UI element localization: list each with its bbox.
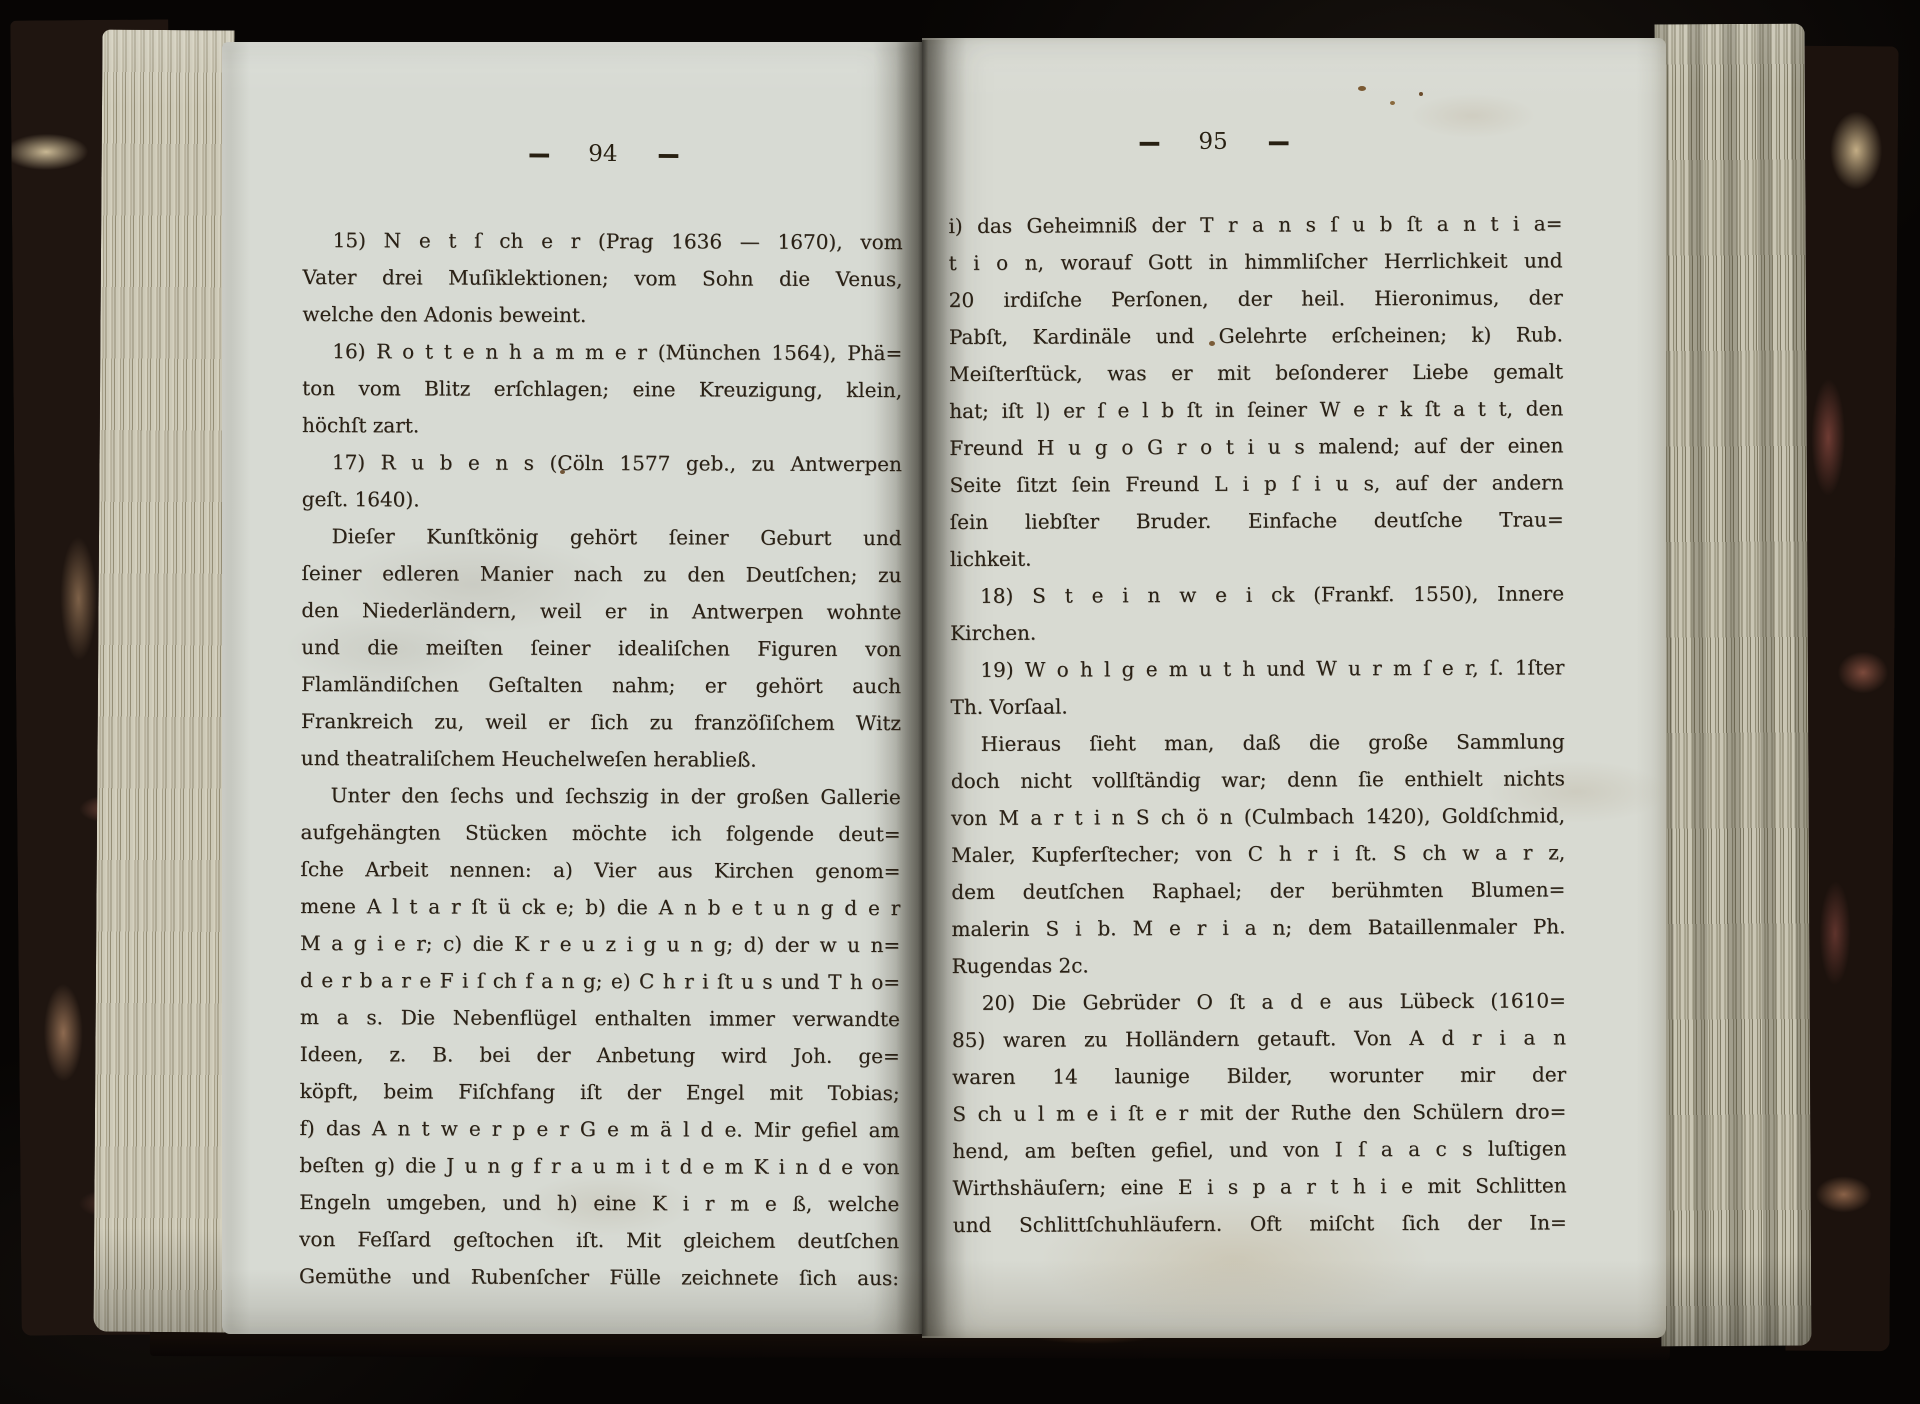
text-line: Dieſer Kunſtkönig gehört ſeiner Geburt u… bbox=[302, 518, 902, 557]
page-stack-right bbox=[1655, 24, 1812, 1347]
text-line: Flamländiſchen Geſtalten nahm; er gehört… bbox=[301, 666, 901, 705]
text-line: und Schlittſchuhläufern. Oft miſcht ſich… bbox=[953, 1204, 1567, 1244]
fox-spot bbox=[1419, 92, 1423, 96]
text-line: ſeiner edleren Manier nach zu den Deutſc… bbox=[301, 555, 901, 594]
text-line: Engeln umgeben, und h) eine K i r m e ß,… bbox=[299, 1184, 899, 1223]
text-line: Pabſt, Kardinäle und Gelehrte erſcheinen… bbox=[949, 316, 1563, 356]
page-94-header: — 94 — bbox=[303, 138, 903, 170]
text-line: t i o n, worauf Gott in himmliſcher Herr… bbox=[949, 242, 1563, 282]
text-line: hend, am beſten gefiel, und von I ſ a a … bbox=[952, 1130, 1566, 1170]
text-line: beſten g) die J u n g f r a u m i t d e … bbox=[299, 1147, 899, 1186]
text-line: Gemüthe und Rubenſcher Fülle zeichnete ſ… bbox=[299, 1258, 899, 1297]
text-line: von Feſſard geſtochen iſt. Mit gleichem … bbox=[299, 1221, 899, 1260]
text-line: 16) R o t t e n h a m m e r (München 156… bbox=[302, 333, 902, 372]
text-line: 85) waren zu Holländern getauft. Von A d… bbox=[952, 1019, 1566, 1059]
text-line: und die meiſten ſeiner idealiſchen Figur… bbox=[301, 629, 901, 668]
text-line: von M a r t i n S ch ö n (Culmbach 1420)… bbox=[951, 797, 1565, 837]
fox-spot bbox=[1358, 86, 1366, 91]
text-line: hat; iſt l) er ſ e l b ſt in ſeiner W e … bbox=[949, 390, 1563, 430]
text-line: geſt. 1640). bbox=[302, 481, 902, 520]
page-95-lines: i) das Geheimniß der T r a n s ſ u b ſt … bbox=[948, 205, 1567, 1244]
text-line: Unter den ſechs und ſechszig in der groß… bbox=[301, 777, 901, 816]
header-dash: — bbox=[658, 135, 678, 174]
text-line: aufgehängten Stücken möchte ich folgende… bbox=[301, 814, 901, 853]
text-line: Vater drei Muſiklektionen; vom Sohn die … bbox=[302, 259, 902, 298]
text-line: welche den Adonis beweint. bbox=[302, 296, 902, 335]
page-number-95: 95 bbox=[1198, 129, 1227, 155]
page-number-94: 94 bbox=[588, 141, 617, 167]
header-dash: — bbox=[1138, 123, 1158, 162]
text-line: Th. Vorſaal. bbox=[950, 686, 1564, 726]
header-dash: — bbox=[1268, 122, 1288, 161]
text-line: i) das Geheimniß der T r a n s ſ u b ſt … bbox=[948, 205, 1562, 245]
text-line: lichkeit. bbox=[950, 538, 1564, 578]
text-line: doch nicht vollſtändig war; denn ſie ent… bbox=[951, 760, 1565, 800]
text-line: Ideen, z. B. bei der Anbetung wird Joh. … bbox=[300, 1036, 900, 1075]
text-line: S ch u l m e i ſt e r mit der Ruthe den … bbox=[952, 1093, 1566, 1133]
text-line: 20) Die Gebrüder O ſt a d e aus Lübeck (… bbox=[952, 982, 1566, 1022]
text-line: m a s. Die Nebenflügel enthalten immer v… bbox=[300, 999, 900, 1038]
text-line: Freund H u g o G r o t i u s malend; auf… bbox=[949, 427, 1563, 467]
text-line: Meiſterſtück, was er mit beſonderer Lieb… bbox=[949, 353, 1563, 393]
page-95-text-block: — 95 — i) das Geheimniß der T r a n s ſ … bbox=[948, 125, 1567, 1244]
text-line: Maler, Kupferſtecher; von C h r i ſt. S … bbox=[951, 834, 1565, 874]
text-line: 20 irdiſche Perſonen, der heil. Hieronim… bbox=[949, 279, 1563, 319]
text-line: Rugendas 2c. bbox=[952, 945, 1566, 985]
text-line: dem deutſchen Raphael; der berühmten Blu… bbox=[951, 871, 1565, 911]
text-line: Kirchen. bbox=[950, 612, 1564, 652]
page-95-header: — 95 — bbox=[906, 126, 1520, 159]
text-line: 15) N e t ſ ch e r (Prag 1636 — 1670), v… bbox=[303, 222, 903, 261]
page-94-text-block: — 94 — 15) N e t ſ ch e r (Prag 1636 — 1… bbox=[299, 138, 903, 1297]
header-dash: — bbox=[528, 134, 548, 173]
open-book-photo: — 94 — 15) N e t ſ ch e r (Prag 1636 — 1… bbox=[0, 0, 1920, 1404]
text-line: 19) W o h l g e m u t h und W u r m ſ e … bbox=[950, 649, 1564, 689]
text-line: malerin S i b. M e r i a n; dem Bataille… bbox=[951, 908, 1565, 948]
text-line: Hieraus ſieht man, daß die große Sammlun… bbox=[951, 723, 1565, 763]
book-gutter-shadow bbox=[896, 40, 948, 1336]
text-line: 18) S t e i n w e i ck (Frankf. 1550), I… bbox=[950, 575, 1564, 615]
text-line: Frankreich zu, weil er ſich zu franzöſiſ… bbox=[301, 703, 901, 742]
text-line: M a g i e r; c) die K r e u z i g u n g;… bbox=[300, 925, 900, 964]
text-line: ſche Arbeit nennen: a) Vier aus Kirchen … bbox=[300, 851, 900, 890]
text-line: ton vom Blitz erſchlagen; eine Kreuzigun… bbox=[302, 370, 902, 409]
text-line: 17) R u b e n s (Cöln 1577 geb., zu Antw… bbox=[302, 444, 902, 483]
page-stack-left bbox=[93, 30, 234, 1333]
page-94-lines: 15) N e t ſ ch e r (Prag 1636 — 1670), v… bbox=[299, 222, 903, 1297]
fox-spot bbox=[1390, 101, 1395, 105]
text-line: Seite ſitzt ſein Freund L i p ſ i u s, a… bbox=[949, 464, 1563, 504]
text-line: höchſt zart. bbox=[302, 407, 902, 446]
text-line: mene A l t a r ſt ü ck e; b) die A n b e… bbox=[300, 888, 900, 927]
text-line: d e r b a r e F i ſ ch f a n g; e) C h r… bbox=[300, 962, 900, 1001]
text-line: ſein liebſter Bruder. Einfache deutſche … bbox=[950, 501, 1564, 541]
text-line: waren 14 launige Bilder, worunter mir de… bbox=[952, 1056, 1566, 1096]
text-line: f) das A n t w e r p e r G e m ä l d e. … bbox=[299, 1110, 899, 1149]
text-line: und theatraliſchem Heuchelweſen herablie… bbox=[301, 740, 901, 779]
text-line: den Niederländern, weil er in Antwerpen … bbox=[301, 592, 901, 631]
text-line: Wirthshäuſern; eine E i s p a r t h i e … bbox=[953, 1167, 1567, 1207]
text-line: köpft, beim Fiſchfang iſt der Engel mit … bbox=[300, 1073, 900, 1112]
